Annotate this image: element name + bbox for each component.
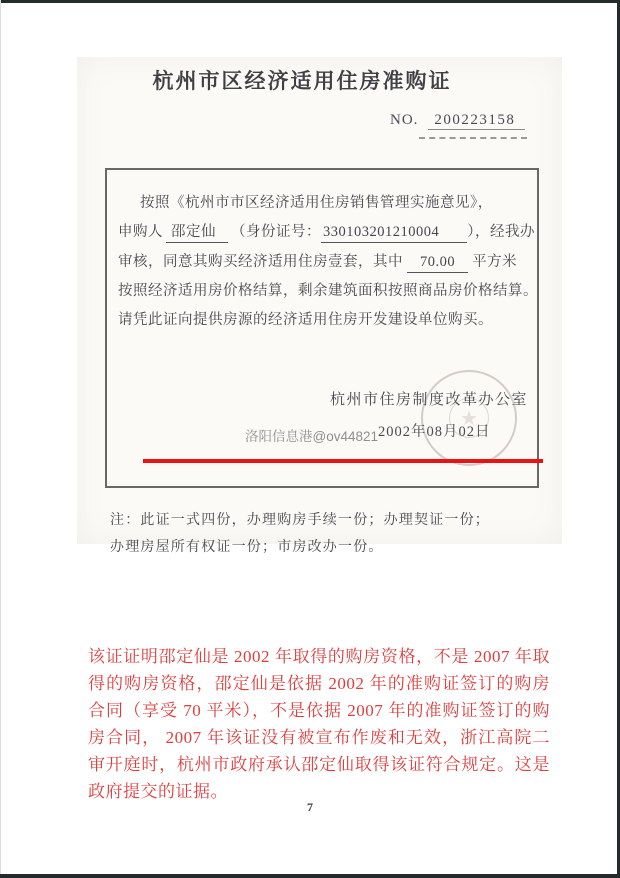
cert-line-5: 请凭此证向提供房源的经济适用住房开发建设单位购买。 bbox=[118, 308, 493, 329]
id-label: （身份证号： bbox=[231, 224, 321, 240]
red-strike-line bbox=[143, 459, 543, 463]
area-value: 70.00 bbox=[407, 254, 468, 273]
window-left-border bbox=[0, 0, 1, 878]
cert-line-1: 按照《杭州市市区经济适用住房销售管理实施意见》， bbox=[140, 191, 493, 212]
issue-date: 2002年08月02日 bbox=[378, 420, 491, 441]
applicant-name: 邵定仙 bbox=[166, 220, 228, 243]
area-unit: 平方米 bbox=[472, 254, 517, 270]
scanned-certificate: 杭州市区经济适用住房准购证 NO.200223158 按照《杭州市市区经济适用住… bbox=[77, 57, 562, 544]
line2-suffix: ），经我办 bbox=[467, 224, 535, 240]
line3-prefix: 审核，同意其购买经济适用住房壹套，其中 bbox=[118, 254, 403, 270]
certificate-number-row: NO.200223158 bbox=[390, 112, 525, 129]
official-seal bbox=[421, 370, 517, 466]
certificate-title: 杭州市区经济适用住房准购证 bbox=[77, 65, 527, 95]
no-dashed-underline bbox=[419, 137, 527, 139]
window-top-border bbox=[0, 0, 620, 3]
annotation-paragraph: 该证证明邵定仙是 2002 年取得的购房资格，不是 2007 年取得的购房资格，… bbox=[88, 643, 550, 805]
certificate-number: 200223158 bbox=[428, 112, 525, 130]
no-label: NO. bbox=[390, 112, 418, 128]
cert-line-4: 按照经济适用房价格结算，剩余建筑面积按照商品房价格结算。 bbox=[118, 279, 538, 300]
applicant-label: 申购人 bbox=[118, 224, 163, 240]
window-bottom-border bbox=[0, 874, 620, 878]
note-line-2: 办理房屋所有权证一份；市房改办一份。 bbox=[110, 536, 384, 556]
watermark: 洛阳信息港@ov44821 bbox=[245, 425, 378, 445]
cert-line-3: 审核，同意其购买经济适用住房壹套，其中70.00平方米 bbox=[118, 250, 517, 273]
issuer-name: 杭州市住房制度改革办公室 bbox=[330, 388, 528, 409]
cert-line-2: 申购人邵定仙（身份证号：330103201210004），经我办 bbox=[118, 220, 535, 243]
id-number: 330103201210004 bbox=[321, 224, 467, 243]
page-number: 7 bbox=[0, 800, 620, 815]
note-line-1: 注：此证一式四份，办理购房手续一份；办理契证一份； bbox=[110, 509, 490, 529]
